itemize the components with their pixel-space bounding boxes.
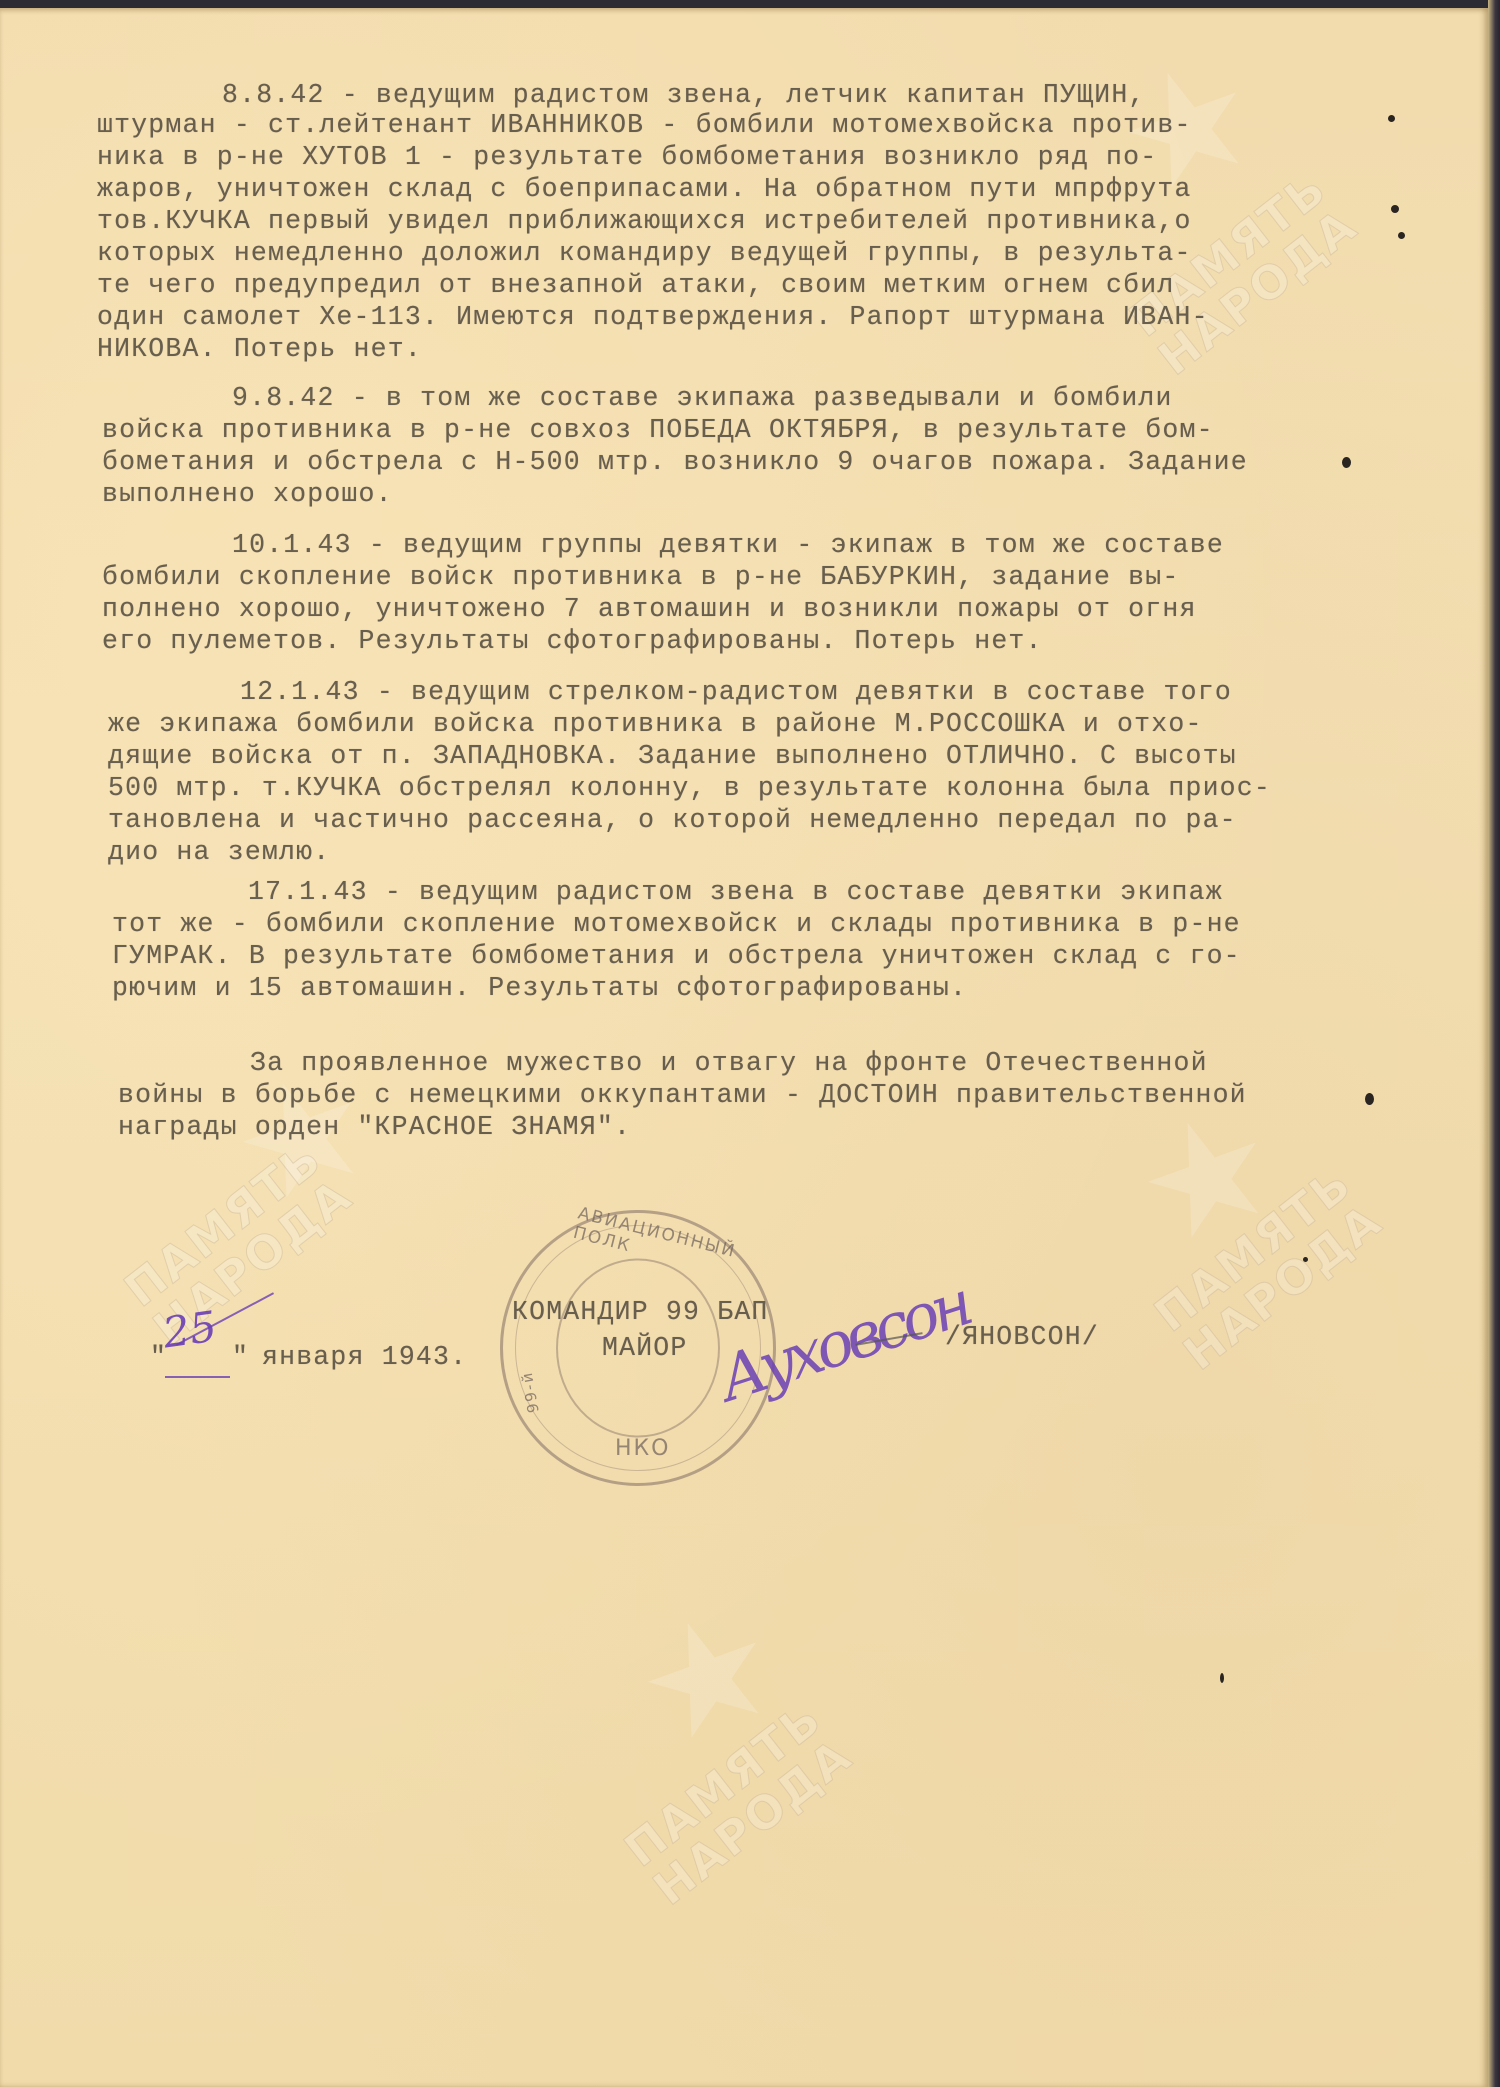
date-underline: [165, 1376, 230, 1378]
text-line: 10.1.43 - ведущим группы девятки - экипа…: [232, 530, 1224, 560]
text-line: войны в борьбе с немецкими оккупантами -…: [118, 1080, 1247, 1110]
text-line: полнено хорошо, уничтожено 7 автомашин и…: [102, 594, 1197, 624]
text-line: те чего предупредил от внезапной атаки, …: [97, 270, 1174, 300]
text-line: ника в р-не ХУТОВ 1 - результате бомбоме…: [97, 142, 1157, 172]
text-line: которых немедленно доложил командиру вед…: [97, 238, 1192, 268]
paper-speck: [1342, 457, 1351, 468]
text-line: тов.КУЧКА первый увидел приближающихся и…: [97, 206, 1192, 236]
scan-edge: [1488, 0, 1500, 2087]
text-line: тот же - бомбили скопление мотомехвойск …: [112, 909, 1241, 939]
text-line: жаров, уничтожен склад с боеприпасами. Н…: [97, 174, 1192, 204]
text-line: НИКОВА. Потерь нет.: [97, 334, 422, 364]
text-line: войска противника в р-не совхоз ПОБЕДА О…: [102, 415, 1214, 445]
paper-speck: [1365, 1093, 1374, 1105]
text-line: выполнено хорошо.: [102, 479, 393, 509]
stamp-bottom-text: НКО: [615, 1436, 670, 1461]
date-text: января 1943.: [262, 1342, 467, 1372]
paper-speck: [1303, 1257, 1308, 1262]
paper-speck: [1388, 115, 1395, 122]
commander-rank: МАЙОР: [602, 1333, 688, 1363]
commander-title: КОМАНДИР 99 БАП: [512, 1297, 769, 1327]
text-line: рючим и 15 автомашин. Результаты сфотогр…: [112, 973, 967, 1003]
date-day-handwritten: 25: [160, 1302, 220, 1358]
text-line: штурман - ст.лейтенант ИВАННИКОВ - бомби…: [97, 110, 1192, 140]
text-line: 500 мтр. т.КУЧКА обстрелял колонну, в ре…: [108, 773, 1271, 803]
text-line: 17.1.43 - ведущим радистом звена в соста…: [248, 877, 1223, 907]
text-line: бометания и обстрела с Н-500 мтр. возник…: [102, 447, 1248, 477]
text-line: награды орден "КРАСНОЕ ЗНАМЯ".: [118, 1112, 631, 1142]
date-close-quote: ": [232, 1342, 249, 1372]
text-line: За проявленное мужество и отвагу на фрон…: [250, 1048, 1208, 1078]
paper-speck: [1391, 205, 1399, 213]
text-line: ГУМРАК. В результате бомбометания и обст…: [112, 941, 1241, 971]
text-line: один самолет Хе-113. Имеются подтвержден…: [97, 302, 1209, 332]
text-line: 9.8.42 - в том же составе экипажа развед…: [232, 383, 1173, 413]
paper-speck: [1398, 232, 1405, 239]
text-line: тановлена и частично рассеяна, о которой…: [108, 805, 1237, 835]
commander-name: /ЯНОВСОН/: [945, 1322, 1099, 1352]
text-line: его пулеметов. Результаты сфотографирова…: [102, 626, 1043, 656]
text-line: 8.8.42 - ведущим радистом звена, летчик …: [222, 80, 1146, 110]
text-line: 12.1.43 - ведущим стрелком-радистом девя…: [240, 677, 1232, 707]
text-line: же экипажа бомбили войска противника в р…: [108, 709, 1203, 739]
text-line: дящие войска от п. ЗАПАДНОВКА. Задание в…: [108, 741, 1237, 771]
text-line: бомбили скопление войск противника в р-н…: [102, 562, 1179, 592]
paper-speck: [1220, 1673, 1224, 1683]
text-line: дио на землю.: [108, 837, 330, 867]
